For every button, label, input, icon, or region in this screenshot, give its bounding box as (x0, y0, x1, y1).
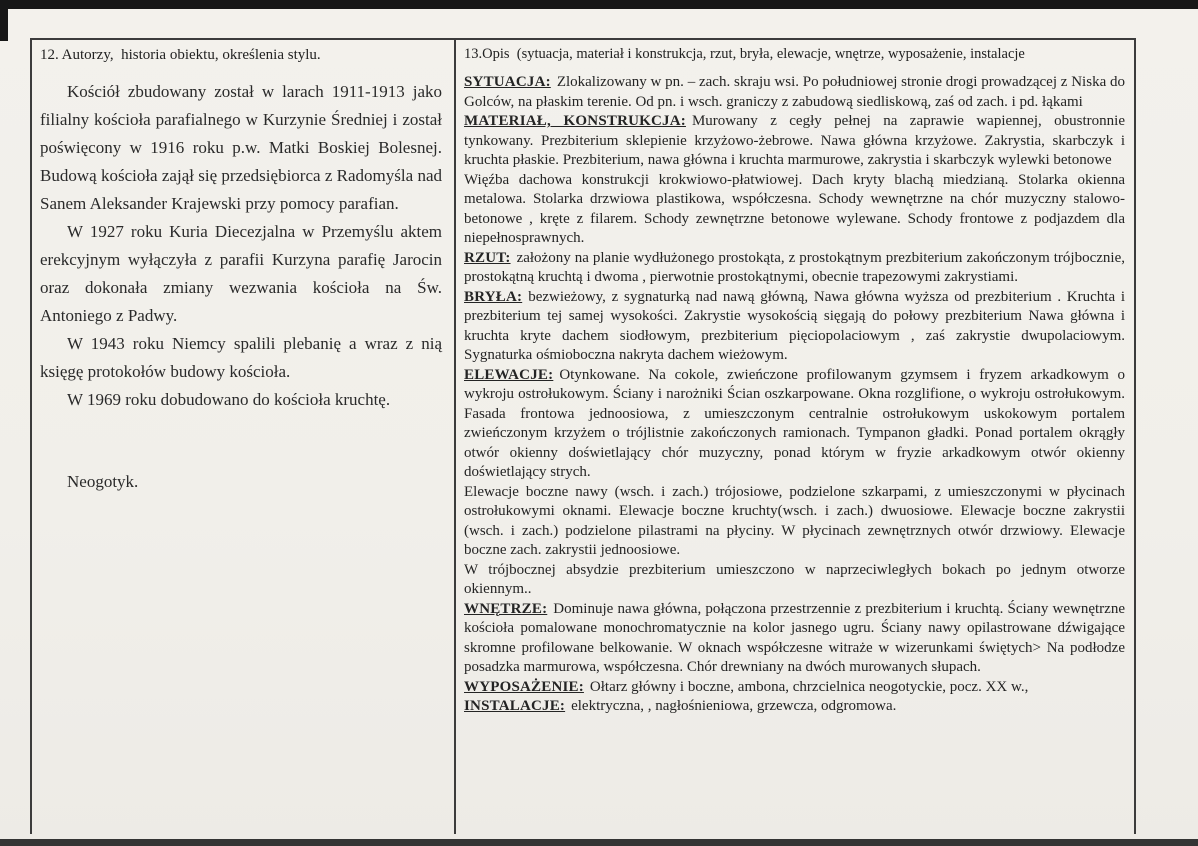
section-body: W trójbocznej absydzie prezbiterium umie… (464, 562, 1125, 598)
description-section-wyposazenie: WYPOSAŻENIE:Ołtarz główny i boczne, ambo… (464, 678, 1125, 698)
description-text-block: SYTUACJA:Zlokalizowany w pn. – zach. skr… (464, 73, 1125, 717)
column-history: 12. Autorzy, historia obiektu, określeni… (30, 40, 454, 834)
section-label: INSTALACJE: (464, 698, 565, 714)
style-designation: Neogotyk. (40, 472, 442, 492)
description-section-sytuacja: SYTUACJA:Zlokalizowany w pn. – zach. skr… (464, 73, 1125, 112)
history-paragraph: W 1927 roku Kuria Diecezjalna w Przemyśl… (40, 218, 442, 330)
section-label: SYTUACJA: (464, 74, 551, 90)
section-body: bezwieżowy, z sygnaturką nad nawą główną… (464, 289, 1125, 364)
description-section-bryla: BRYŁA:bezwieżowy, z sygnaturką nad nawą … (464, 288, 1125, 366)
scan-artifact-bottom-band (0, 839, 1198, 846)
description-section-wnetrze: WNĘTRZE:Dominuje nawa główna, połączona … (464, 600, 1125, 678)
description-section-elewacje-boczne: Elewacje boczne nawy (wsch. i zach.) tró… (464, 483, 1125, 561)
section-label: MATERIAŁ, KONSTRUKCJA: (464, 113, 686, 129)
section-label: ELEWACJE: (464, 367, 553, 383)
section-label: WYPOSAŻENIE: (464, 679, 584, 695)
section-body: Zlokalizowany w pn. – zach. skraju wsi. … (464, 74, 1125, 110)
section-body: Otynkowane. Na cokole, zwieńczone profil… (464, 367, 1125, 481)
section-label: BRYŁA: (464, 289, 522, 305)
section-body: Dominuje nawa główna, połączona przestrz… (464, 601, 1125, 676)
column-description: 13.Opis (sytuacja, materiał i konstrukcj… (454, 40, 1136, 834)
scan-artifact-top-band (0, 0, 1198, 9)
description-column-header: 13.Opis (sytuacja, materiał i konstrukcj… (464, 44, 1125, 64)
heritage-form-table: 12. Autorzy, historia obiektu, określeni… (30, 38, 1136, 834)
section-label: RZUT: (464, 250, 511, 266)
scan-artifact-left-bar (0, 0, 8, 41)
description-section-elewacje: ELEWACJE:Otynkowane. Na cokole, zwieńczo… (464, 366, 1125, 483)
section-body: Ołtarz główny i boczne, ambona, chrzciel… (590, 679, 1028, 695)
section-body: Elewacje boczne nawy (wsch. i zach.) tró… (464, 484, 1125, 559)
description-section-wiezba: Więźba dachowa konstrukcji krokwiowo-pła… (464, 171, 1125, 249)
description-section-instalacje: INSTALACJE:elektryczna, , nagłośnieniowa… (464, 697, 1125, 717)
section-label: WNĘTRZE: (464, 601, 547, 617)
history-column-header: 12. Autorzy, historia obiektu, określeni… (40, 45, 442, 65)
description-section-material-konstrukcja: MATERIAŁ, KONSTRUKCJA:Murowany z cegły p… (464, 112, 1125, 171)
history-paragraph: W 1943 roku Niemcy spalili plebanię a wr… (40, 330, 442, 386)
section-body: założony na planie wydłużonego prostokąt… (464, 250, 1125, 286)
history-text-block: Kościół zbudowany został w larach 1911-1… (40, 78, 442, 414)
scanned-document-page: 12. Autorzy, historia obiektu, określeni… (0, 0, 1198, 846)
history-paragraph: W 1969 roku dobudowano do kościoła kruch… (40, 386, 442, 414)
history-paragraph: Kościół zbudowany został w larach 1911-1… (40, 78, 442, 218)
section-body: Więźba dachowa konstrukcji krokwiowo-pła… (464, 172, 1125, 247)
section-body: elektryczna, , nagłośnieniowa, grzewcza,… (571, 698, 896, 714)
description-section-absyda: W trójbocznej absydzie prezbiterium umie… (464, 561, 1125, 600)
description-section-rzut: RZUT:założony na planie wydłużonego pros… (464, 249, 1125, 288)
